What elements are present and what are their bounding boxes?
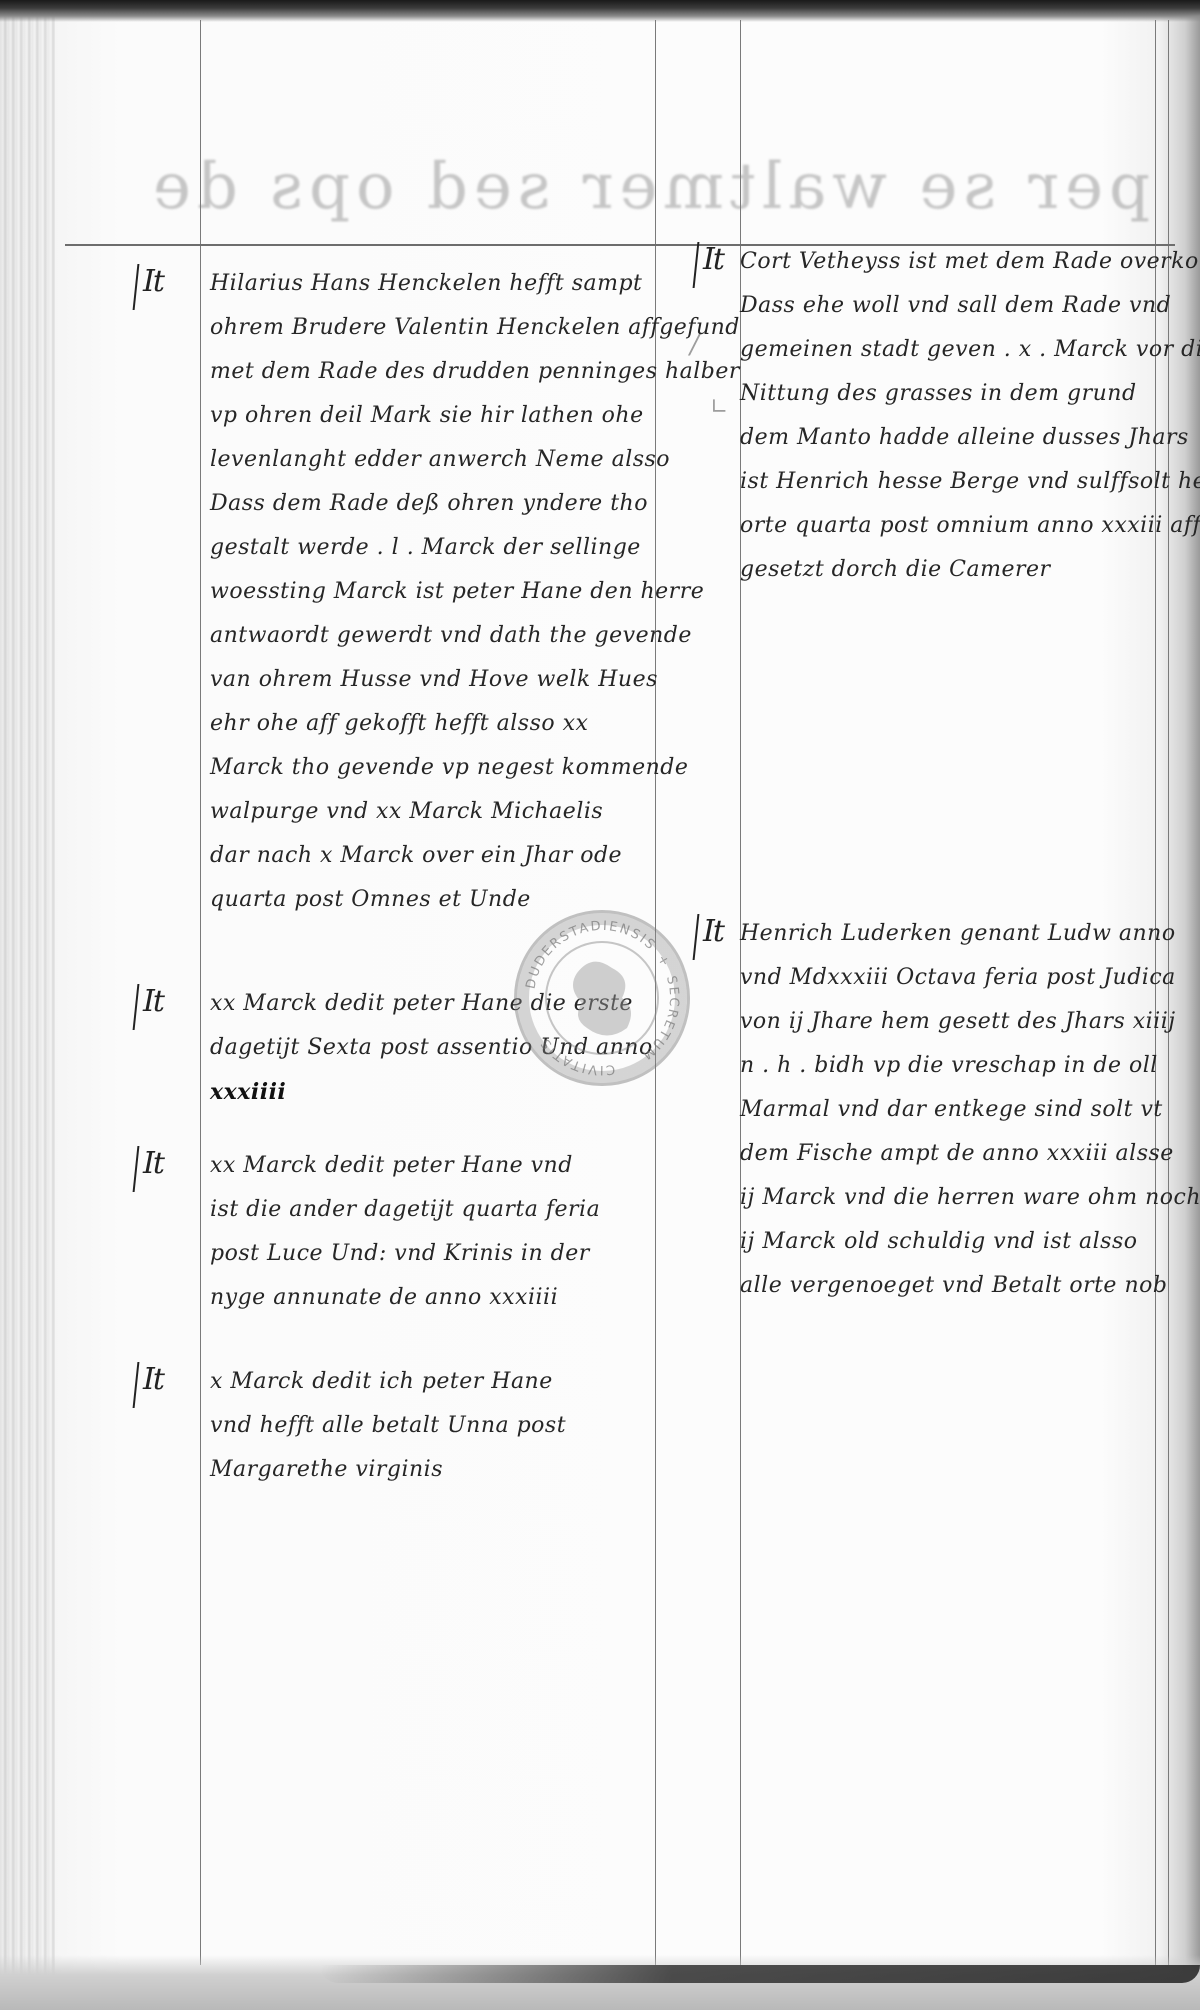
entry-line: Marck tho gevende vp negest kommende: [210, 746, 650, 790]
bleed-through-header: per se waltmer sed ops de doctrin: [150, 150, 1150, 240]
entry-line: n . h . bidh vp die vreschap in de oll: [740, 1044, 1170, 1088]
ledger-entry: It Henrich Luderken genant Ludw anno vnd…: [740, 912, 1170, 1308]
entry-line: dar nach x Marck over ein Jhar ode: [210, 834, 650, 878]
entry-line: ij Marck vnd die herren ware ohm noch: [740, 1176, 1170, 1220]
item-mark: It: [135, 1146, 163, 1192]
left-column: It Hilarius Hans Henckelen hefft sampt o…: [150, 262, 650, 1492]
entry-line: xx Marck dedit peter Hane vnd: [210, 1144, 650, 1188]
top-page-edge: [0, 0, 1200, 22]
entry-line: Dass ehe woll vnd sall dem Rade vnd: [740, 284, 1170, 328]
entry-line: Marmal vnd dar entkege sind solt vt: [740, 1088, 1170, 1132]
ledger-entry: It Hilarius Hans Henckelen hefft sampt o…: [210, 262, 650, 922]
entry-line: vnd Mdxxxiii Octava feria post Judica: [740, 956, 1170, 1000]
entry-line: ij Marck old schuldig vnd ist alsso: [740, 1220, 1170, 1264]
entry-line: vp ohren deil Mark sie hir lathen ohe: [210, 394, 650, 438]
item-mark: It: [135, 264, 163, 310]
lion-emblem-icon: [573, 962, 631, 1036]
entry-line: walpurge vnd xx Marck Michaelis: [210, 790, 650, 834]
city-seal-stamp: DUDERSTADIENSIS + SECRETUM CIVITATIS: [514, 910, 690, 1086]
entry-line: van ohrem Husse vnd Hove welk Hues: [210, 658, 650, 702]
seal-ring-icon: DUDERSTADIENSIS + SECRETUM CIVITATIS: [517, 913, 687, 1083]
svg-text:SECRETUM: SECRETUM: [638, 974, 681, 1063]
entry-line: Hilarius Hans Henckelen hefft sampt: [210, 262, 650, 306]
entry-line: ist die ander dagetijt quarta feria: [210, 1188, 650, 1232]
entry-line: ohrem Brudere Valentin Henckelen affgefu…: [210, 306, 650, 350]
entry-line: nyge annunate de anno xxxiiii: [210, 1276, 650, 1320]
entry-line: Henrich Luderken genant Ludw anno: [740, 912, 1170, 956]
entry-line: Nittung des grasses in dem grund: [740, 372, 1170, 416]
entry-line: x Marck dedit ich peter Hane: [210, 1360, 650, 1404]
entry-line: ist Henrich hesse Berge vnd sulffsolt he…: [740, 460, 1170, 504]
entry-line: dem Fische ampt de anno xxxiii alsse: [740, 1132, 1170, 1176]
entry-line: post Luce Und: vnd Krinis in der: [210, 1232, 650, 1276]
ledger-entry: It Cort Vetheyss ist met dem Rade overko…: [740, 240, 1170, 592]
entry-line: antwaordt gewerdt vnd dath the gevende: [210, 614, 650, 658]
ledger-entry: It xx Marck dedit peter Hane vnd ist die…: [210, 1144, 650, 1320]
entry-line: von ij Jhare hem gesett des Jhars xiiij: [740, 1000, 1170, 1044]
item-mark: It: [695, 914, 723, 960]
page-stack-edge: [0, 0, 55, 1980]
entry-line: Margarethe virginis: [210, 1448, 650, 1492]
entry-line: gemeinen stadt geven . x . Marck vor die: [740, 328, 1170, 372]
item-mark: It: [695, 242, 723, 288]
ledger-entry: It x Marck dedit ich peter Hane vnd heff…: [210, 1360, 650, 1492]
svg-text:+: +: [654, 952, 673, 971]
binding-shadow: [320, 1965, 1200, 1983]
entry-line: gesetzt dorch die Camerer: [740, 548, 1170, 592]
entry-line: orte quarta post omnium anno xxxiii aff: [740, 504, 1170, 548]
entry-line: alle vergenoeget vnd Betalt orte nob: [740, 1264, 1170, 1308]
entry-line: dem Manto hadde alleine dusses Jhars: [740, 416, 1170, 460]
right-column: It Cort Vetheyss ist met dem Rade overko…: [700, 240, 1170, 1308]
manuscript-page: per se waltmer sed ops de doctrin / ∟ It…: [0, 0, 1200, 1980]
entry-line: ehr ohe aff gekofft hefft alsso xx: [210, 702, 650, 746]
svg-text:CIVITATIS: CIVITATIS: [537, 1034, 616, 1077]
entry-line: levenlanght edder anwerch Neme alsso: [210, 438, 650, 482]
entry-line: vnd hefft alle betalt Unna post: [210, 1404, 650, 1448]
entry-line: Cort Vetheyss ist met dem Rade overkomen: [740, 240, 1170, 284]
entry-line: gestalt werde . l . Marck der sellinge: [210, 526, 650, 570]
item-mark: It: [135, 984, 163, 1030]
entry-line: met dem Rade des drudden penninges halbe…: [210, 350, 650, 394]
item-mark: It: [135, 1362, 163, 1408]
entry-line: Dass dem Rade deß ohren yndere tho: [210, 482, 650, 526]
entry-line: woessting Marck ist peter Hane den herre: [210, 570, 650, 614]
